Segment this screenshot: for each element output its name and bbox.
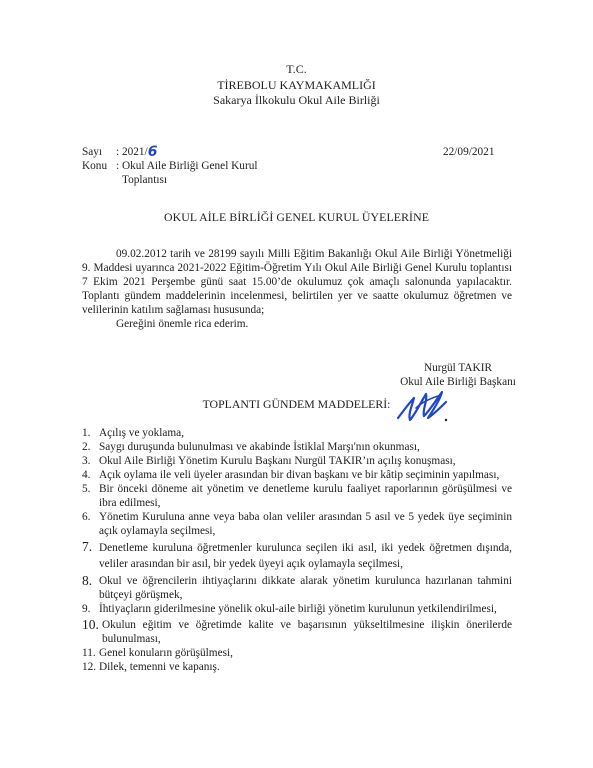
agenda-item-number: 12. <box>82 660 99 674</box>
agenda-item-text: Genel konuların görüşülmesi, <box>99 646 512 660</box>
recipient-heading: OKUL AİLE BİRLİĞİ GENEL KURUL ÜYELERİNE <box>0 210 593 224</box>
konu-value-continued: Toplantısı <box>82 173 258 187</box>
agenda-item-text: Dilek, temenni ve kapanış. <box>99 660 512 674</box>
agenda-item-text: Yönetim Kuruluna anne veya baba olan vel… <box>99 510 512 538</box>
agenda-item-text: Açık oylama ile veli üyeler arasından bi… <box>99 468 512 482</box>
agenda-item: 11.Genel konuların görüşülmesi, <box>82 646 512 660</box>
agenda-item: 1.Açılış ve yoklama, <box>82 426 512 440</box>
agenda-item-text: İhtiyaçların giderilmesine yönelik okul-… <box>99 602 512 616</box>
closing-line: Gereğini önemle rica ederim. <box>82 317 512 331</box>
sayi-value: : 2021/ <box>116 145 148 159</box>
sayi-row: Sayı : 2021/ 6 <box>82 145 258 159</box>
agenda-item: 3.Okul Aile Birliği Yönetim Kurulu Başka… <box>82 454 512 468</box>
agenda-item: 6.Yönetim Kuruluna anne veya baba olan v… <box>82 510 512 538</box>
agenda-item: 2.Saygı duruşunda bulunulması ve akabind… <box>82 440 512 454</box>
signer-block: Nurgül TAKIR Okul Aile Birliği Başkanı <box>378 361 538 389</box>
agenda-item-number: 9. <box>82 602 99 616</box>
letterhead: T.C. TİREBOLU KAYMAKAMLIĞI Sakarya İlkok… <box>0 62 593 109</box>
agenda-item-text: Okul ve öğrencilerin ihtiyaçlarını dikka… <box>99 574 512 602</box>
body-paragraph: 09.02.2012 tarih ve 28199 sayılı Milli E… <box>82 247 512 317</box>
agenda-title: TOPLANTI GÜNDEM MADDELERİ: <box>0 397 593 411</box>
agenda-item-number: 7. <box>82 540 99 572</box>
konu-label: Konu <box>82 159 116 173</box>
agenda-list: 1.Açılış ve yoklama, 2.Saygı duruşunda b… <box>82 426 512 674</box>
agenda-item: 10.Okulun eğitim ve öğretimde kalite ve … <box>82 618 512 646</box>
agenda-item: 9.İhtiyaçların giderilmesine yönelik oku… <box>82 602 512 616</box>
agenda-item: 5.Bir önceki döneme ait yönetim ve denet… <box>82 482 512 510</box>
sayi-label: Sayı <box>82 145 116 159</box>
signer-name: Nurgül TAKIR <box>378 361 538 375</box>
agenda-item: 12.Dilek, temenni ve kapanış. <box>82 660 512 674</box>
agenda-item-text: Açılış ve yoklama, <box>99 426 512 440</box>
document-date: 22/09/2021 <box>443 145 494 159</box>
agenda-item-text: Denetleme kuruluna öğretmenler kurulunca… <box>99 540 512 572</box>
agenda-item-number: 1. <box>82 426 99 440</box>
letter-body: 09.02.2012 tarih ve 28199 sayılı Milli E… <box>82 247 512 331</box>
agenda-item-number: 2. <box>82 440 99 454</box>
konu-value: : Okul Aile Birliği Genel Kurul <box>116 159 258 173</box>
agenda-item-number: 5. <box>82 482 99 510</box>
agenda-item-text: Bir önceki döneme ait yönetim ve denetle… <box>99 482 512 510</box>
agenda-item-text: Okulun eğitim ve öğretimde kalite ve baş… <box>102 618 512 646</box>
document-meta: Sayı : 2021/ 6 Konu : Okul Aile Birliği … <box>82 145 258 187</box>
agenda-item-number: 4. <box>82 468 99 482</box>
konu-row: Konu : Okul Aile Birliği Genel Kurul <box>82 159 258 173</box>
agenda-item: 4.Açık oylama ile veli üyeler arasından … <box>82 468 512 482</box>
agenda-item-number: 6. <box>82 510 99 538</box>
agenda-item-number: 10. <box>82 618 102 646</box>
sayi-handwritten-number: 6 <box>148 145 158 159</box>
letterhead-authority: TİREBOLU KAYMAKAMLIĞI <box>0 78 593 94</box>
agenda-item: 8.Okul ve öğrencilerin ihtiyaçlarını dik… <box>82 574 512 602</box>
agenda-item: 7.Denetleme kuruluna öğretmenler kurulun… <box>82 540 512 572</box>
agenda-item-number: 3. <box>82 454 99 468</box>
letterhead-organization: Sakarya İlkokulu Okul Aile Birliği <box>0 93 593 109</box>
agenda-item-text: Okul Aile Birliği Yönetim Kurulu Başkanı… <box>99 454 512 468</box>
agenda-item-number: 11. <box>82 646 99 660</box>
signer-title: Okul Aile Birliği Başkanı <box>378 375 538 389</box>
letterhead-tc: T.C. <box>0 62 593 78</box>
agenda-item-text: Saygı duruşunda bulunulması ve akabinde … <box>99 440 512 454</box>
agenda-item-number: 8. <box>82 574 99 602</box>
